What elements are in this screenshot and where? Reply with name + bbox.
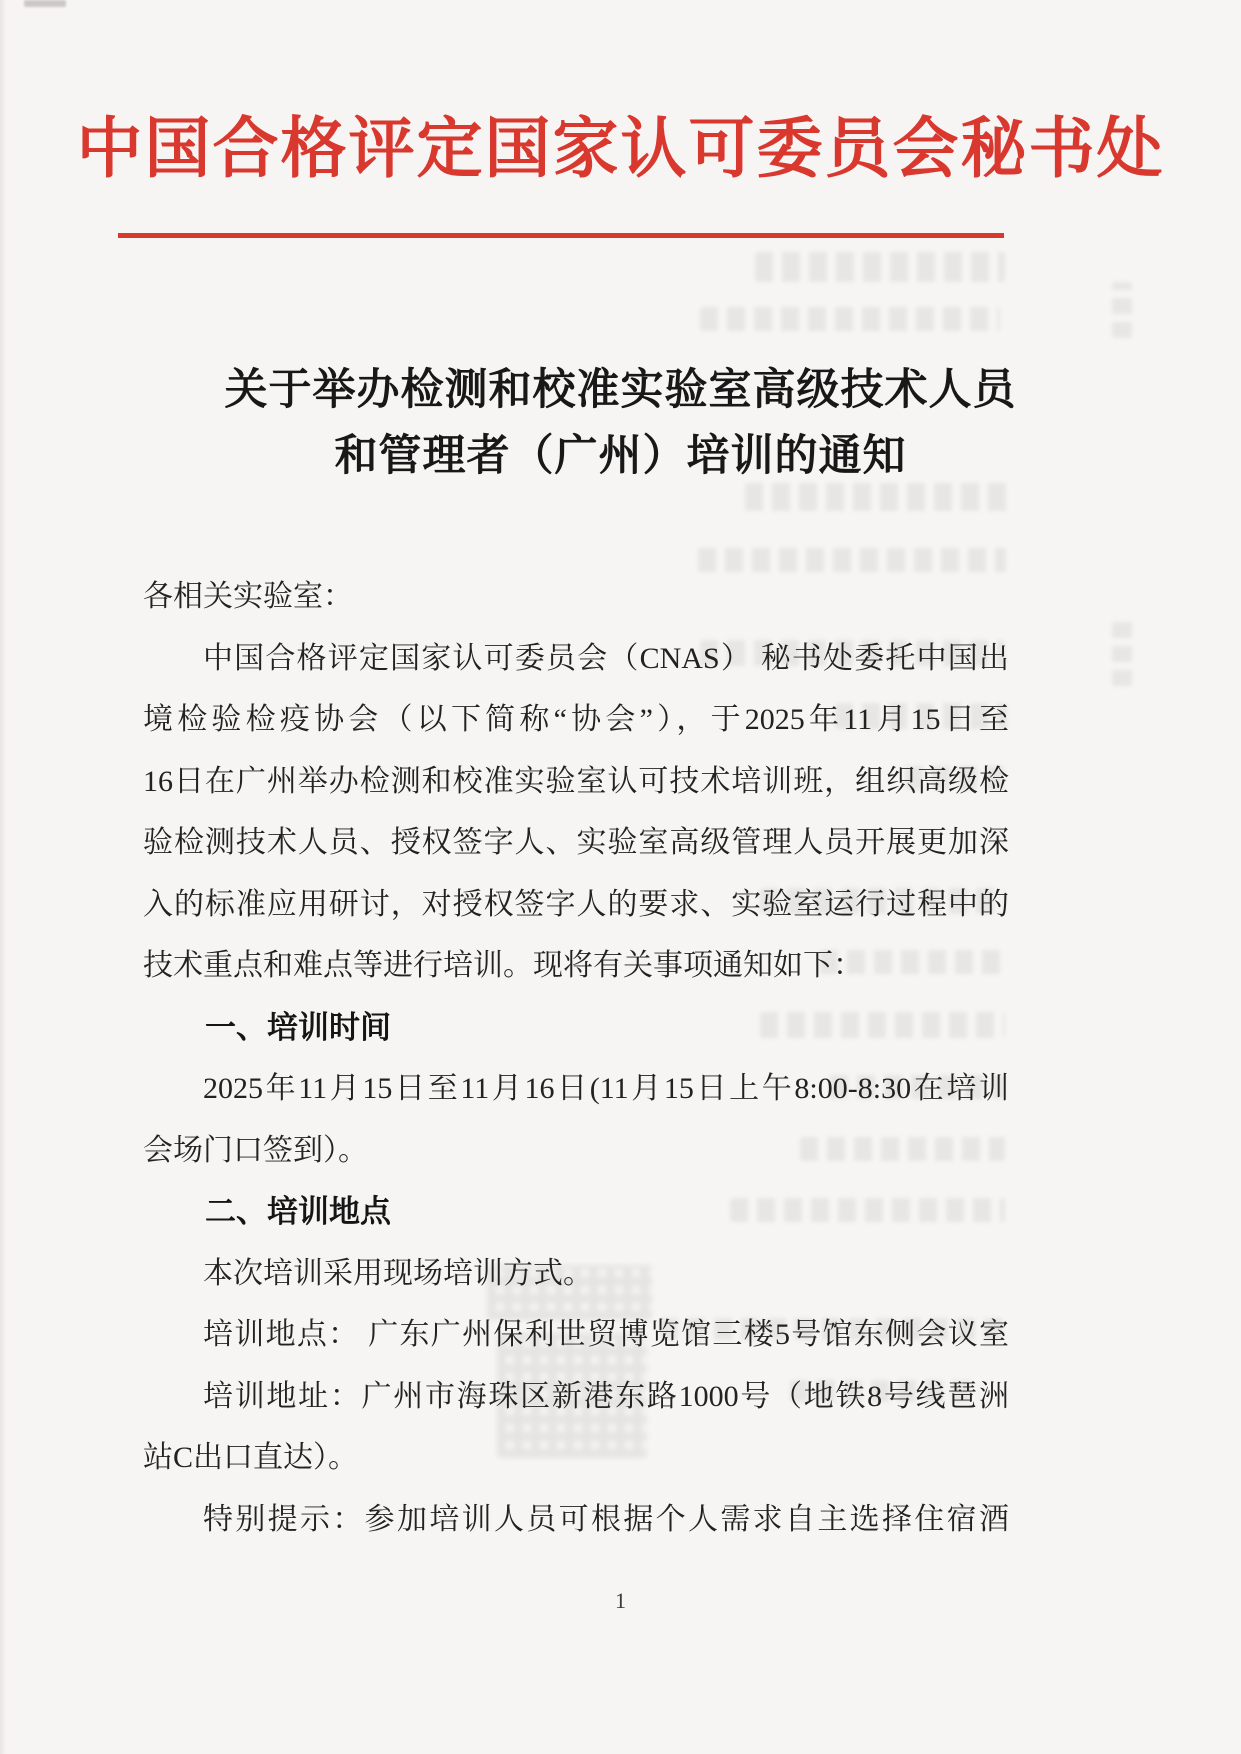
document-title-line-1: 关于举办检测和校准实验室高级技术人员 (0, 358, 1241, 424)
body-line: 本次培训采用现场培训方式。 (143, 1243, 1009, 1305)
bleedthrough-artifact (1112, 616, 1132, 686)
body-line: 入的标准应用研讨，对授权签字人的要求、实验室运行过程中的 (143, 874, 1009, 936)
document-body: 各相关实验室： 中国合格评定国家认可委员会（CNAS） 秘书处委托中国出入 境检… (143, 566, 1009, 1550)
body-line: 境检验检疫协会（以下简称“协会”），于2025年11月15日至 (143, 689, 1009, 751)
document-title: 关于举办检测和校准实验室高级技术人员 和管理者（广州）培训的通知 (0, 358, 1241, 490)
bleedthrough-artifact (1112, 282, 1132, 338)
body-line: 2025年11月15日至11月16日(11月15日上午8:00-8:30在培训 (143, 1058, 1009, 1120)
body-line: 技术重点和难点等进行培训。现将有关事项通知如下： (143, 935, 1009, 997)
page-number: 1 (0, 1588, 1241, 1614)
document-title-line-2: 和管理者（广州）培训的通知 (0, 424, 1241, 490)
section-heading-2: 二、培训地点 (143, 1181, 1009, 1243)
body-line: 会场门口签到）。 (143, 1120, 1009, 1182)
body-line: 培训地址：广州市海珠区新港东路1000号（地铁8号线琶洲 (143, 1366, 1009, 1428)
letterhead-divider-rule (118, 233, 1004, 238)
letterhead-title: 中国合格评定国家认可委员会秘书处 (0, 112, 1241, 188)
body-line: 站C出口直达）。 (143, 1427, 1009, 1489)
scan-edge-artifact (0, 0, 6, 1754)
body-line: 培训地点： 广东广州保利世贸博览馆三楼5号馆东侧会议室 (143, 1304, 1009, 1366)
body-line: 特别提示：参加培训人员可根据个人需求自主选择住宿酒店， (143, 1489, 1009, 1551)
body-line: 中国合格评定国家认可委员会（CNAS） 秘书处委托中国出入 (143, 628, 1009, 690)
section-heading-1: 一、培训时间 (143, 997, 1009, 1059)
body-line: 验检测技术人员、授权签字人、实验室高级管理人员开展更加深 (143, 812, 1009, 874)
bleedthrough-artifact (700, 307, 1000, 331)
bleedthrough-artifact (755, 252, 1005, 282)
salutation: 各相关实验室： (143, 566, 1009, 628)
body-line: 16日在广州举办检测和校准实验室认可技术培训班，组织高级检 (143, 751, 1009, 813)
scan-edge-artifact (24, 0, 66, 7)
